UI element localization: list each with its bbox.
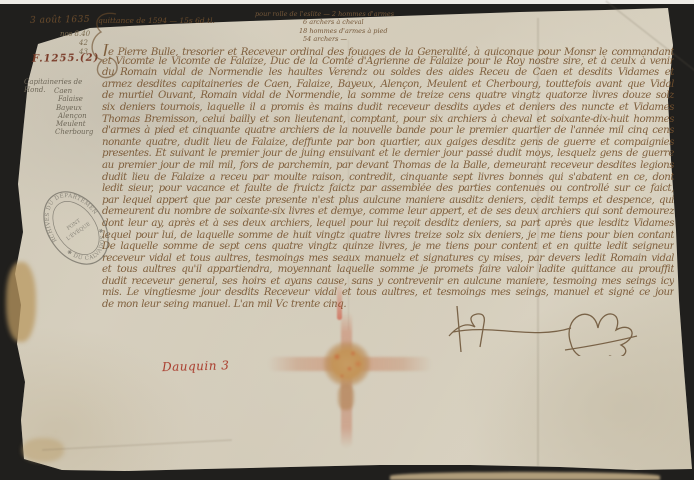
scanner-edge-top [0,0,694,4]
manuscript-line: ledit sieur, pour vacance et faulte de f… [102,183,674,195]
seal-red-streak [337,282,342,320]
manuscript-line: par lequel appert que par ceste presente… [102,195,674,207]
manuscript-text-block: Je Pierre Bulle, tresorier et Receveur o… [102,44,674,311]
manuscript-line: de murtiel Ouvant, Romain vidal de Norme… [102,90,674,102]
manuscript-line: De laquelle somme de sept cens quatre vi… [102,241,674,253]
manuscript-line: lequel pour lui, de laquelle somme de hu… [102,230,674,242]
manuscript-line: dudit lieu de Falaize a receu par moulte… [102,172,674,184]
manuscript-line: dont leur ay, après et à ses deux archie… [102,218,674,230]
manuscript-line: demeurent du nombre de soixante-six livr… [102,206,674,218]
manuscript-line: Thomas Bremisson, celui bailly et son li… [102,114,674,126]
manuscript-line: Je Pierre Bulle, tresorier et Receveur o… [102,44,674,56]
wax-seal-remnant [322,340,372,388]
manuscript-line: six deniers tournois, laquelle il a prom… [102,102,674,114]
manuscript-line: presentes. Et suivant le premier jour de… [102,148,674,160]
parchment-fold-flap [6,262,36,342]
manuscript-line: mis. Le vingtiesme jour desdits Receveur… [102,287,674,299]
manuscript-line: receveur vidal et tous aultres, tesmoing… [102,253,674,265]
red-ink-note: Dauquin 3 [162,358,252,374]
manuscript-line: d'armes à pied et cinquante quatre archi… [102,125,674,137]
muster-count-line: 6 archers à cheval [303,18,455,26]
scanner-edge-bottom [390,472,660,480]
muster-count-note: pour rolle de l'eslite — 2 hommes d'arme… [255,10,455,44]
manuscript-line: nonante quatre, dudit lieu de Falaize, d… [102,137,674,149]
muster-count-line: 18 hommes d'armes à pied [299,27,455,35]
signature-paraph [443,300,643,356]
muster-count-line: pour rolle de l'eslite — 2 hommes d'arme… [255,10,455,18]
manuscript-line: dudit receveur general, ses hoirs et aya… [102,276,674,288]
muster-count-line: 54 archers — [303,35,455,43]
manuscript-line: au premier jour de mil mil, fors de parc… [102,160,674,172]
manuscript-line: et tous aultres qu'il appartiendra, moye… [102,264,674,276]
seal-stain-tail [338,384,354,410]
manuscript-line: armez desdites capitaineries de Caen, Fa… [102,79,674,91]
manuscript-line: et Vicomte le Vicomte de Falaize, Duc de… [102,56,674,68]
manuscript-line: du Romain vidal de Normendie les haultes… [102,67,674,79]
scanned-archive-document: 3 août 1635 nos 8.404243 F.1255.(2) quit… [0,0,694,480]
